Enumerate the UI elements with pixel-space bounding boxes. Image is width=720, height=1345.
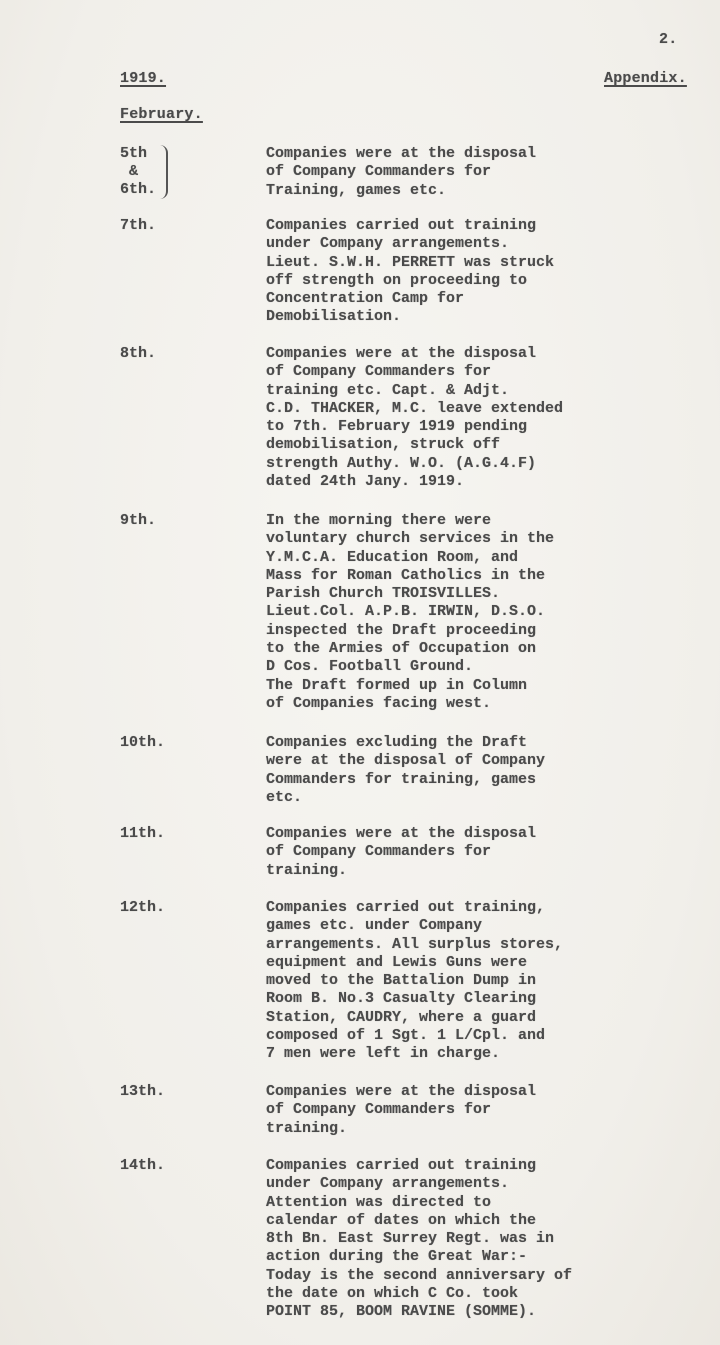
- appendix-heading: Appendix.: [604, 70, 687, 88]
- entry-text: Companies carried out training under Com…: [266, 1157, 572, 1322]
- entry-date: 13th.: [120, 1083, 165, 1101]
- entry-text: Companies carried out training under Com…: [266, 217, 554, 327]
- entry-date: 7th.: [120, 217, 156, 235]
- entry-text: Companies were at the disposal of Compan…: [266, 825, 536, 880]
- brace-bracket: [158, 145, 168, 199]
- entry-date: 8th.: [120, 345, 156, 363]
- year-heading: 1919.: [120, 70, 166, 88]
- entry-date: 11th.: [120, 825, 165, 843]
- entry-text: Companies carried out training, games et…: [266, 899, 563, 1064]
- entry-text: Companies were at the disposal of Compan…: [266, 1083, 536, 1138]
- entry-text: Companies excluding the Draft were at th…: [266, 734, 545, 807]
- entry-date: 5th & 6th.: [120, 145, 156, 199]
- entry-date: 14th.: [120, 1157, 165, 1175]
- typewritten-page: 2. 1919. Appendix. February. 5th & 6th. …: [0, 0, 720, 1345]
- entry-date: 12th.: [120, 899, 165, 917]
- entry-date: 10th.: [120, 734, 165, 752]
- entry-date: 9th.: [120, 512, 156, 530]
- entry-text: Companies were at the disposal of Compan…: [266, 145, 536, 200]
- entry-text: In the morning there were voluntary chur…: [266, 512, 554, 713]
- entry-text: Companies were at the disposal of Compan…: [266, 345, 563, 491]
- page-number: 2.: [659, 31, 677, 49]
- month-heading: February.: [120, 106, 203, 124]
